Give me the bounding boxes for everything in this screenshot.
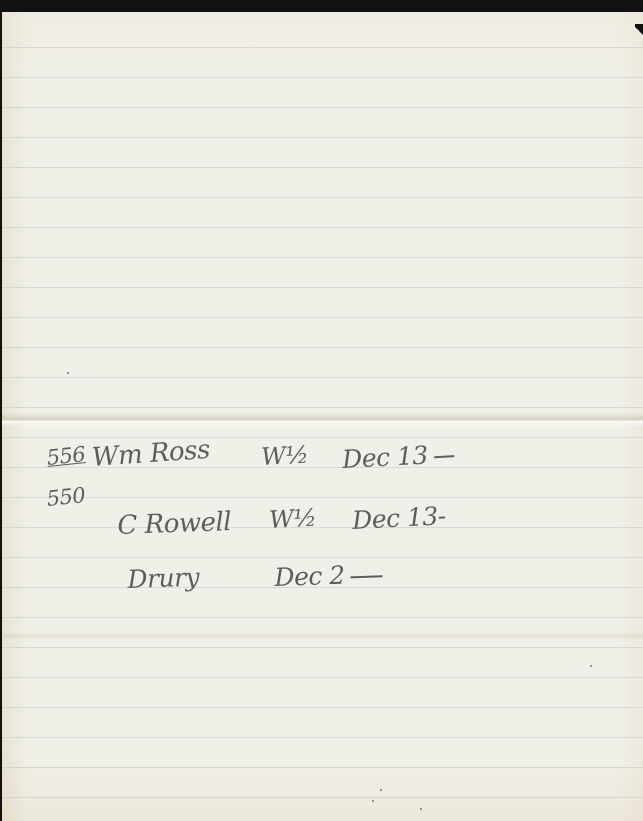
fold-crease: [2, 413, 643, 427]
entry-2-date-text: Dec 13: [351, 502, 438, 535]
paper-sheet: [2, 12, 643, 821]
paper-speck: [380, 789, 382, 791]
paper-speck: [420, 808, 422, 810]
entry-3-date-text: Dec 2: [274, 561, 345, 592]
entry-2-part: W½: [269, 504, 317, 534]
dash-mark: [351, 575, 383, 578]
entry-1-part: W½: [261, 441, 309, 471]
entry-1-date: Dec 13: [341, 439, 454, 474]
entry-2-number: 550: [45, 483, 86, 511]
entry-3-date: Dec 2: [274, 559, 383, 592]
paper-speck: [372, 800, 374, 802]
entry-1-date-text: Dec 13: [341, 441, 428, 474]
entry-3-name: Drury: [127, 563, 200, 594]
dash-mark: [434, 455, 454, 458]
paper-speck: [590, 665, 592, 667]
entry-1-number: 556: [45, 442, 86, 470]
entry-2-name: C Rowell: [117, 507, 232, 541]
corner-tear: [635, 24, 643, 38]
paper-speck: [67, 372, 69, 374]
entry-2-date: Dec 13-: [351, 501, 446, 535]
fold-crease-lower: [2, 632, 643, 640]
entry-2-trailing: -: [437, 501, 446, 530]
